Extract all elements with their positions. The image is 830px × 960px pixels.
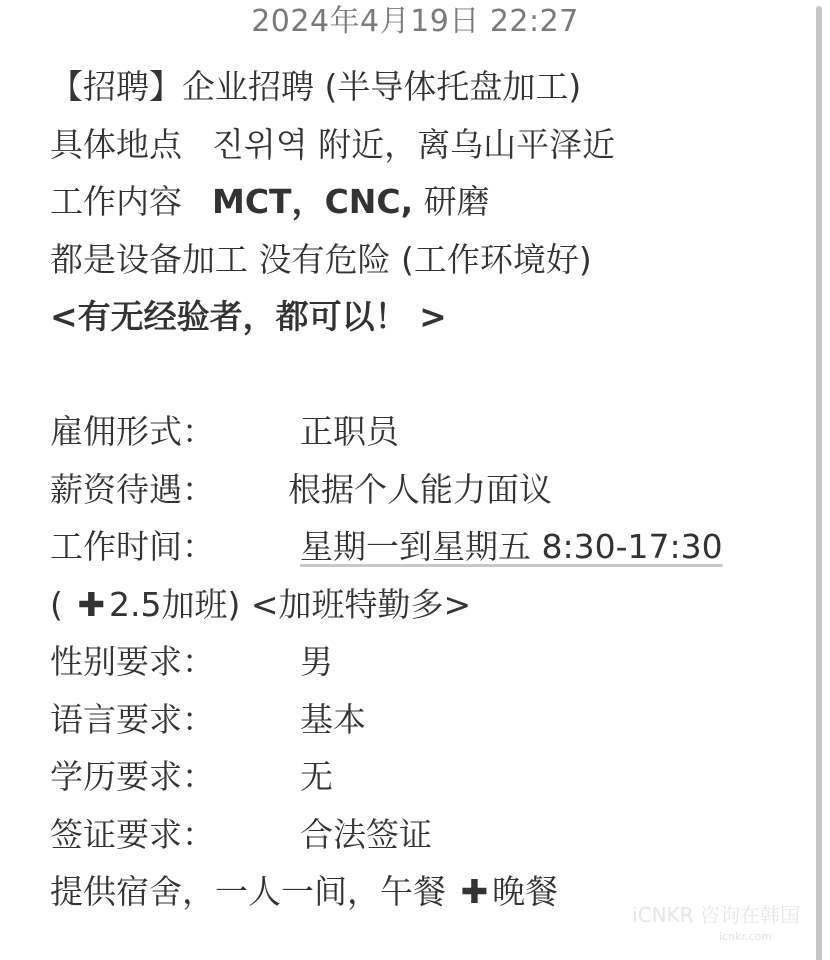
message-body: 【招聘】企业招聘 (半导体托盘加工) 具体地点진위역 附近，离乌山平泽近 工作内… — [50, 58, 810, 921]
safety-line: 都是设备加工 没有危险 (工作环境好) — [50, 231, 810, 289]
field-label: 薪资待遇： — [50, 461, 288, 519]
requirement-label: 学历要求： — [50, 748, 300, 806]
plus-icon: ✚ — [77, 576, 105, 634]
overtime-note: <加班特勤多> — [251, 585, 471, 624]
plus-icon: ✚ — [461, 863, 489, 921]
work-label: 工作内容 — [50, 182, 182, 221]
benefits-dinner: 晚餐 — [492, 872, 558, 911]
watermark-text: iCNKR 咨询在韩国 — [632, 903, 800, 927]
field-value: 根据个人能力面议 — [288, 461, 552, 519]
overtime-amount: 2.5加班) — [109, 585, 240, 624]
watermark-logo: iCNKR 咨询在韩国 icnkr.com — [632, 904, 800, 948]
field-value: 正职员 — [300, 403, 399, 461]
field-employment-type: 雇佣形式： 正职员 — [50, 403, 810, 461]
requirement-label: 语言要求： — [50, 691, 300, 749]
location-line: 具体地点진위역 附近，离乌山平泽近 — [50, 116, 810, 174]
requirement-label: 性别要求： — [50, 633, 300, 691]
work-content-line: 工作内容MCT，CNC, 研磨 — [50, 173, 810, 231]
requirement-gender: 性别要求： 男 — [50, 633, 810, 691]
field-salary: 薪资待遇： 根据个人能力面议 — [50, 461, 810, 519]
overtime-open-paren: ( — [50, 585, 63, 624]
requirement-education: 学历要求： 无 — [50, 748, 810, 806]
requirement-label: 签证要求： — [50, 806, 300, 864]
requirement-language: 语言要求： 基本 — [50, 691, 810, 749]
work-value-grinding: 研磨 — [413, 182, 490, 221]
requirement-value: 男 — [300, 633, 333, 691]
overtime-line: ( ✚2.5加班) <加班特勤多> — [50, 576, 810, 634]
requirement-value: 基本 — [300, 691, 366, 749]
requirement-visa: 签证要求： 合法签证 — [50, 806, 810, 864]
field-label: 雇佣形式： — [50, 403, 300, 461]
scrollbar[interactable] — [816, 6, 822, 960]
benefits-text: 提供宿舍，一人一间，午餐 — [50, 872, 446, 911]
work-value-machines: MCT，CNC, — [212, 182, 413, 221]
field-label: 工作时间： — [50, 518, 300, 576]
message-timestamp: 2024年4月19日 22:27 — [0, 2, 830, 42]
watermark-url: icnkr.com — [632, 926, 800, 948]
location-label: 具体地点 — [50, 125, 182, 164]
location-value: 진위역 附近，离乌山平泽近 — [212, 125, 615, 164]
spacer — [50, 346, 810, 404]
working-hours-link[interactable]: 星期一到星期五 8:30-17:30 — [300, 518, 723, 576]
requirement-value: 合法签证 — [300, 806, 432, 864]
job-title: 【招聘】企业招聘 (半导体托盘加工) — [50, 58, 810, 116]
requirement-value: 无 — [300, 748, 333, 806]
experience-line: <有无经验者，都可以！ > — [50, 288, 810, 346]
field-working-hours: 工作时间： 星期一到星期五 8:30-17:30 — [50, 518, 810, 576]
